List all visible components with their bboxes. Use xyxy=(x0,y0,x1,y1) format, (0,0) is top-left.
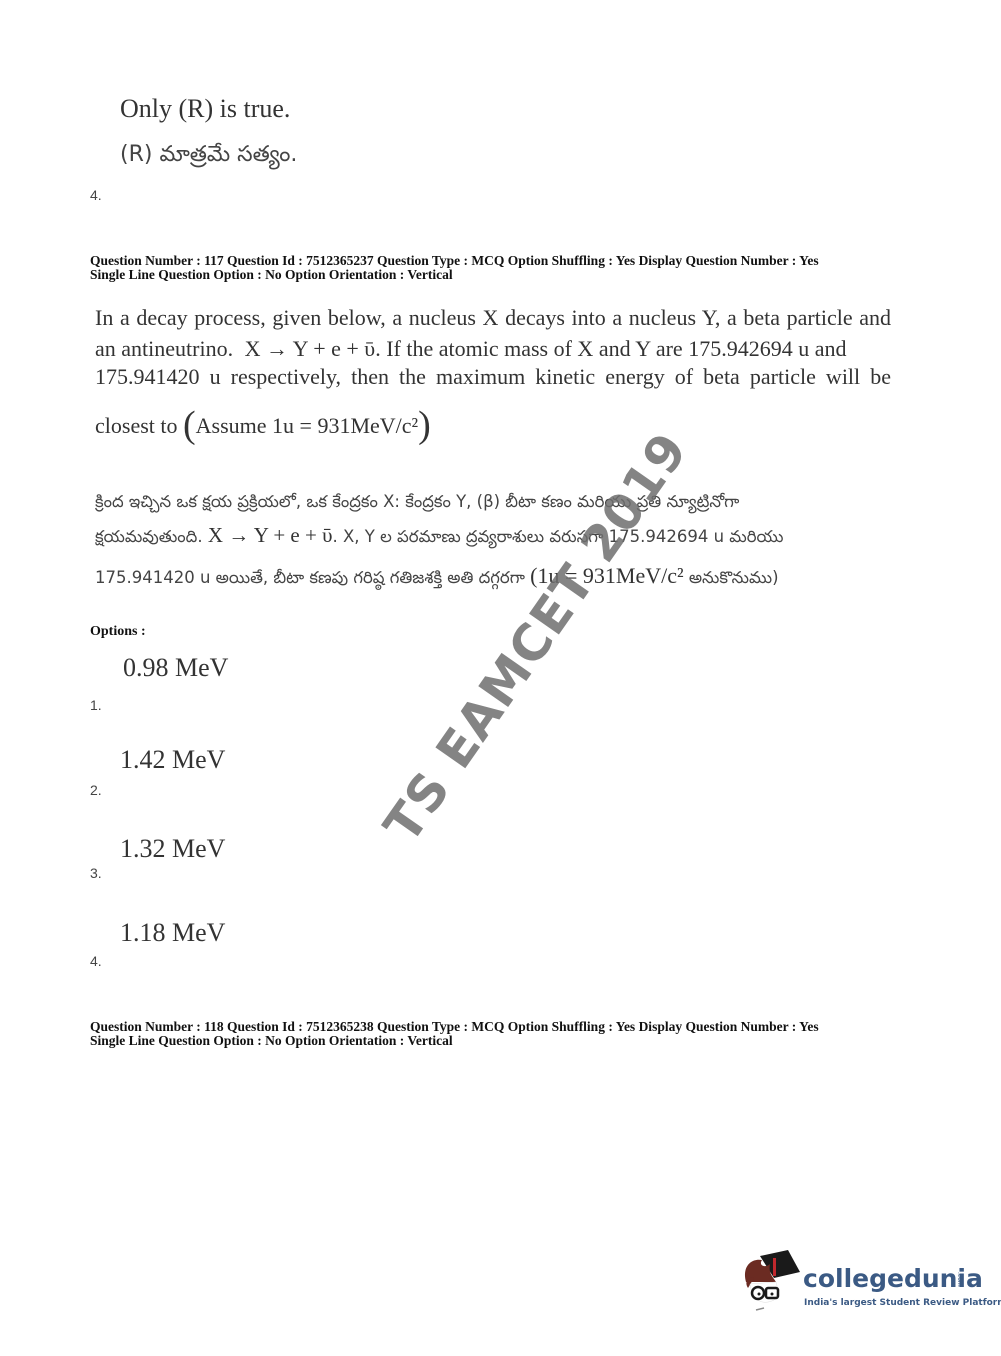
logo-tagline: India's largest Student Review Platform xyxy=(804,1298,1001,1308)
close-paren: ) xyxy=(418,404,431,446)
collegedunia-mascot-icon xyxy=(740,1248,802,1318)
previous-option-english: Only (R) is true. xyxy=(120,94,290,124)
option-1-number: 1. xyxy=(90,697,102,713)
option-1-value[interactable]: 0.98 MeV xyxy=(123,653,228,683)
option-3-number: 3. xyxy=(90,865,102,881)
option-2-number: 2. xyxy=(90,782,102,798)
question-text-te-line3: 175.941420 u అయితే, బీటా కణపు గరిష్ఠ గతి… xyxy=(95,563,779,591)
question-text-en-line1: In a decay process, given below, a nucle… xyxy=(95,305,891,331)
question-text-en-line3: 175.941420 u respectively, then the maxi… xyxy=(95,364,891,390)
question-117-meta-line1: Question Number : 117 Question Id : 7512… xyxy=(90,254,819,268)
decay-equation-te: X → Y + e + ῡ xyxy=(208,523,333,547)
question-118-meta-line2: Single Line Question Option : No Option … xyxy=(90,1034,453,1048)
question-text-te-line1: క్రింద ఇచ్చిన ఒక క్షయ ప్రక్రియలో, ఒక కేం… xyxy=(95,492,739,515)
previous-option-number: 4. xyxy=(90,187,102,203)
option-4-number: 4. xyxy=(90,953,102,969)
option-4-value[interactable]: 1.18 MeV xyxy=(120,918,225,948)
options-label: Options : xyxy=(90,624,146,640)
previous-option-telugu: (R) మాత్రమే సత్యం. xyxy=(120,142,297,172)
option-3-value[interactable]: 1.32 MeV xyxy=(120,834,225,864)
assumption-text: Assume 1u = 931MeV/c² xyxy=(196,413,418,438)
question-text-en-line2: an antineutrino. X → Y + e + ῡ. If the a… xyxy=(95,336,891,362)
logo-domain-suffix: .com xyxy=(956,1272,963,1287)
question-text-en-line4: closest to (Assume 1u = 931MeV/c²) xyxy=(95,399,431,443)
option-2-value[interactable]: 1.42 MeV xyxy=(120,745,225,775)
open-paren: ( xyxy=(183,404,196,446)
question-text-te-line2: క్షయమవుతుంది. X → Y + e + ῡ. X, Y ల పరమా… xyxy=(95,523,783,550)
question-117-meta-line2: Single Line Question Option : No Option … xyxy=(90,268,453,282)
decay-equation: X → Y + e + ῡ xyxy=(245,336,376,361)
question-118-meta-line1: Question Number : 118 Question Id : 7512… xyxy=(90,1020,819,1034)
